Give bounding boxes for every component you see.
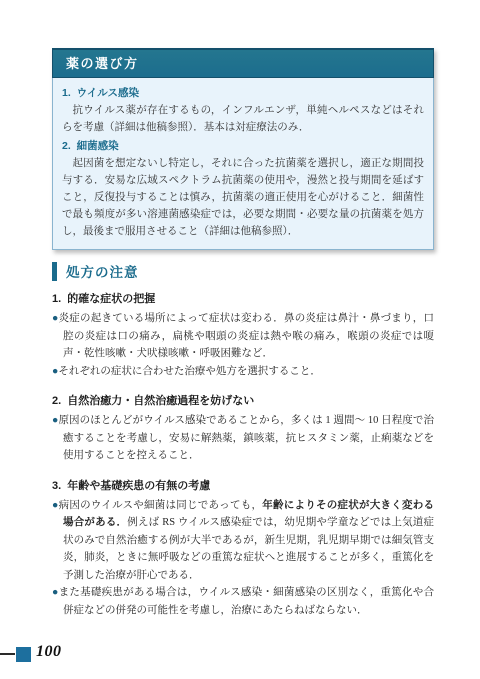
subsection-3: 3. 年齢や基礎疾患の有無の考慮 ●病因のウイルスや細菌は同じであっても，年齢に…	[52, 479, 434, 620]
bullet-item: ●それぞれの症状に合わせた治療や処方を選択すること．	[52, 363, 434, 381]
document-page: 薬の選び方 1. ウイルス感染 抗ウイルス薬が存在するもの，インフルエンザ，単純…	[0, 0, 480, 679]
section-heading: 処方の注意	[52, 261, 139, 281]
info-box-body: 1. ウイルス感染 抗ウイルス薬が存在するもの，インフルエンザ，単純ヘルペスなど…	[52, 78, 434, 250]
box-item-1-heading: 1. ウイルス感染	[62, 85, 424, 102]
section-content: 1. 的確な症状の把握 ●炎症の起きている場所によって症状は変わる．鼻の炎症は鼻…	[52, 292, 434, 619]
subsection-2: 2. 自然治癒力・自然治癒過程を妨げない ●原因のほとんどがウイルス感染であるこ…	[52, 394, 434, 465]
bullet-item: ●病因のウイルスや細菌は同じであっても，年齢によりその症状が大きく変わる場合があ…	[52, 497, 434, 585]
bullet-text: 原因のほとんどがウイルス感染であることから，多くは 1 週間～ 10 日程度で治…	[58, 415, 434, 461]
bullet-text: 炎症の起きている場所によって症状は変わる．鼻の炎症は鼻汁・鼻づまり，口腔の炎症は…	[59, 313, 434, 359]
bullet-item: ●原因のほとんどがウイルス感染であることから，多くは 1 週間～ 10 日程度で…	[52, 412, 434, 465]
subsection-2-heading: 2. 自然治癒力・自然治癒過程を妨げない	[52, 394, 434, 409]
bullet-icon: ●	[52, 313, 59, 324]
bullet-text: それぞれの症状に合わせた治療や処方を選択すること．	[58, 366, 321, 377]
box-item-2-heading: 2. 細菌感染	[62, 138, 424, 155]
footer-square	[16, 647, 31, 662]
heading-bar	[52, 262, 57, 281]
footer-rule	[0, 653, 15, 655]
info-box-title: 薬の選び方	[52, 48, 434, 78]
box-item-1-text: 抗ウイルス薬が存在するもの，インフルエンザ，単純ヘルペスなどはそれらを考慮（詳細…	[62, 102, 424, 136]
bullet-text: また基礎疾患がある場合は，ウイルス感染・細菌感染の区別なく，重篤化や合併症などの…	[59, 587, 434, 616]
box-item-2-text: 起因菌を想定ないし特定し，それに合った抗菌薬を選択し，適正な期間投与する．安易な…	[62, 155, 424, 240]
section-title: 処方の注意	[66, 261, 139, 281]
bullet-text-pre: 病因のウイルスや細菌は同じであっても，	[59, 500, 263, 511]
bullet-item: ●炎症の起きている場所によって症状は変わる．鼻の炎症は鼻汁・鼻づまり，口腔の炎症…	[52, 310, 434, 363]
drug-selection-box: 薬の選び方 1. ウイルス感染 抗ウイルス薬が存在するもの，インフルエンザ，単純…	[52, 48, 434, 250]
subsection-1-heading: 1. 的確な症状の把握	[52, 292, 434, 307]
bullet-item: ●また基礎疾患がある場合は，ウイルス感染・細菌感染の区別なく，重篤化や合併症など…	[52, 584, 434, 619]
page-number: 100	[36, 643, 62, 661]
bullet-icon: ●	[52, 587, 59, 598]
subsection-1: 1. 的確な症状の把握 ●炎症の起きている場所によって症状は変わる．鼻の炎症は鼻…	[52, 292, 434, 380]
subsection-3-heading: 3. 年齢や基礎疾患の有無の考慮	[52, 479, 434, 494]
bullet-icon: ●	[52, 500, 59, 511]
